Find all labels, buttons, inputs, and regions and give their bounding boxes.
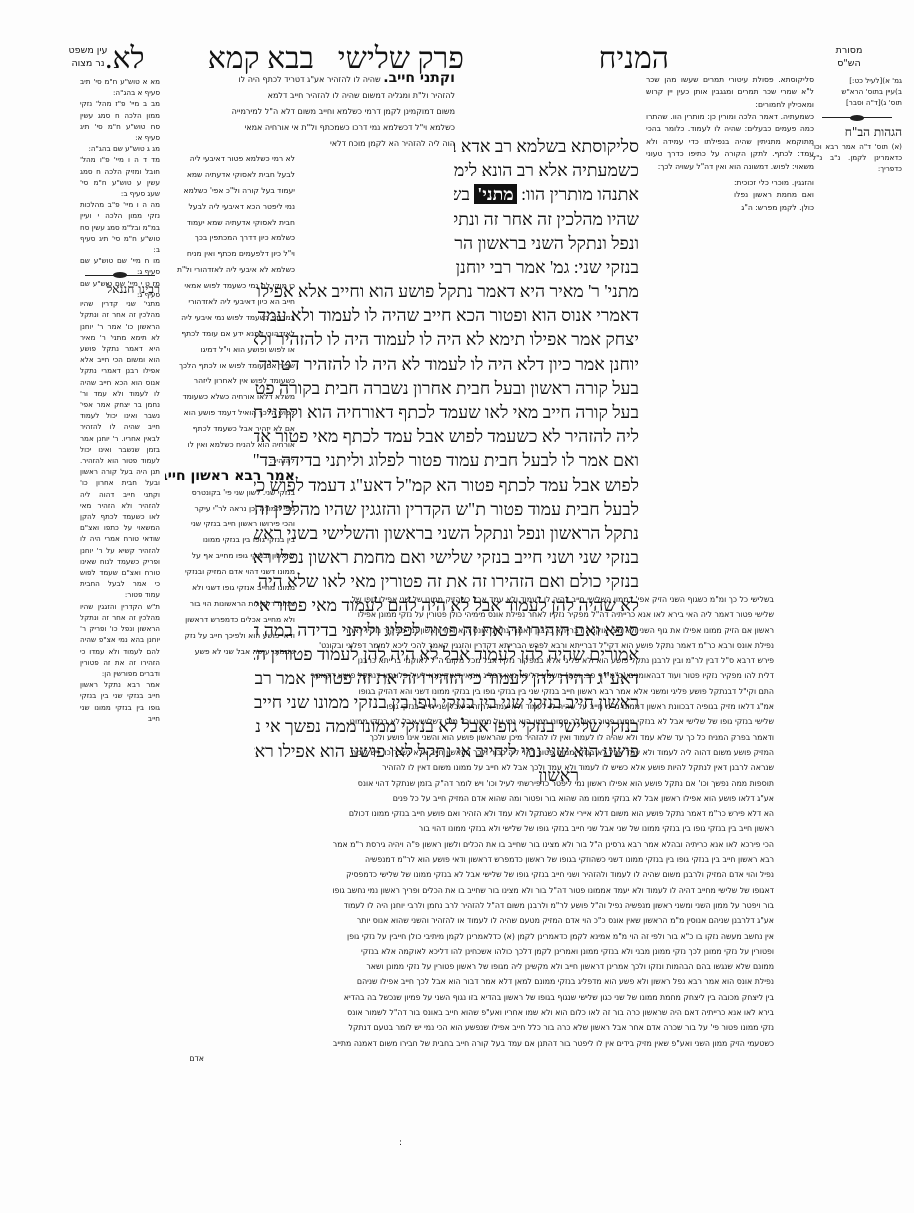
tosafot-line: ראשון חייב בין בנזקי גופו בין בנזקי ממונ… — [169, 821, 774, 836]
gemara-line: בעל קורה ראשון ובעל חבית אחרון נשברה חבי… — [254, 376, 639, 400]
rabbeinu-chananel-block: רבינו חננאל מתני' שני קדרין שהיו מהלכין … — [80, 272, 160, 724]
tosafot-line: בירא לאו אנא כרייתיה דאם היה שראשון כרה … — [169, 1005, 774, 1020]
gemara-text-narrow: סליקוסתא בשלמא רב אדא בר אהבה כשמעתיה אל… — [454, 134, 639, 279]
chapter-name: המניח — [599, 42, 669, 76]
ein-mishpat-entry: מה ה ו מיי' פ"ב מהלכות נזקי ממון הלכה י … — [80, 199, 160, 255]
masoret-note: תוס' ג)[ד"ה וסבר] — [812, 97, 902, 108]
tosafot-line: שלישי פטור דאמר ליה האי בירא לאו אנא כרי… — [169, 607, 774, 622]
masoret-note: ב)עיין בתוס' הרא"ש — [812, 86, 902, 97]
tosafot-line: נפילת אונס ורבא כר"מ דאמר נתקל פושע הוא … — [169, 638, 774, 653]
rashi-commentary: סליקוסתא. פסולת עיטורי תמרים שעשו מהן שכ… — [646, 74, 814, 111]
ein-mishpat-label: עין משפט נר מצוה — [48, 44, 128, 70]
tosafot-line: כשלמא וי"ל דכשלמא נמי דרכו כשמכתף ול"ת א… — [165, 120, 455, 136]
tosafot-line: נפילת אונס הוא אמר רבא נפל ראשון ולא פשע… — [169, 974, 774, 989]
tosafot-line: משום דמוקמינן לקמן דרמי כשלמא וחייב משום… — [165, 104, 455, 120]
gemara-line: שהיו מהלכין זה אחר זה ונתקל הראשון — [454, 207, 639, 231]
gemara-line: ואם אמר לו לבעל חבית עמוד פטור לפלוג ולי… — [254, 448, 639, 472]
ein-mishpat-entry: מא א טוש"ע ח"מ סי' תיב סעיף א בהג"ה: — [80, 76, 160, 98]
gemara-line: דאמרי אנוס הוא ופטור הכא חייב שהיה לו לע… — [254, 303, 639, 327]
chananel-paragraph: מתני' שני קדרין שהיו מהלכין זה אחר זה ונ… — [80, 298, 160, 600]
ein-mishpat-block: מא א טוש"ע ח"מ סי' תיב סעיף א בהג"ה: מב … — [80, 76, 160, 300]
gemara-line: כשמעתיה אלא רב הונא לימא הדר ביה — [454, 158, 639, 182]
tosafot-line: דלית להו מפקיר נזקיו פטור ועוד דבהאומנים… — [169, 668, 774, 683]
tosafot-line: בשלישי כל כך ומ"מ כשגוף השני הזיק אפי' ב… — [169, 592, 774, 607]
gemara-line: בנזקי כולם ואם הזהירו זה את זה פטורין מא… — [254, 569, 639, 593]
masoret-note: גמ' א)[לעיל כט:] — [812, 75, 902, 86]
tosafot-line: ופטורין על נזקי ממונן לכך נזקי ממונן מבנ… — [169, 944, 774, 959]
masoret-label-line-2: הש"ס — [814, 57, 884, 70]
ein-mishpat-label-line-1: עין משפט — [48, 44, 128, 57]
rabbeinu-chananel-title: רבינו חננאל — [80, 284, 160, 295]
chananel-paragraph: ת"ש הקדרין והזגגין שהיו מהלכין זה אחר זה… — [80, 601, 160, 679]
tosafot-dibbur-hamatchil: וקתני חייב. — [383, 70, 455, 86]
tosafot-line-text: שהיה לו להזהיר אע"ג דטריד לכתף היה לו — [239, 75, 381, 84]
tosafot-line: המזיק פושע משום דהוה ליה לעמוד ולא עמד א… — [169, 745, 774, 760]
ein-mishpat-entry: מב ב מיי' פ"ז מהל' נזקי ממון הלכה ח סמג … — [80, 98, 160, 143]
gemara-line: יצחק אמר אפילו תימא לא היה לו לעמוד היה … — [254, 327, 639, 351]
tosafot-line: הכי פירכא לאו אנא כריתיה ובהלא אמר רבא ג… — [169, 837, 774, 852]
gemara-line: בנזקי שני: גמ' אמר רבי יוחנן לא תימא — [454, 255, 639, 279]
tosafot-line: כשלמא כיון דדרך המכתפין בכך — [165, 230, 295, 246]
gemara-line: מתני' ר' מאיר היא דאמר נתקל פושע הוא וחי… — [254, 279, 639, 303]
tosafot-upper: וקתני חייב. שהיה לו להזהיר אע"ג דטריד לכ… — [165, 70, 455, 152]
tosafot-line: נפיל והוי אדם המזיק ולרבנן משום שהיה לו … — [169, 867, 774, 882]
tosafot-line: התם וקי"ל דבנתקל פושע פליגי ומשני אלא אמ… — [169, 684, 774, 699]
tosafot-line: אע"ג דלאו פושע הוא אפילו ראשון אבל לא בנ… — [169, 791, 774, 806]
gemara-line-text: בשני קדרין — [454, 184, 474, 204]
tosafot-line: שלישי בנזקי גופו של שלישי אבל לא בנזקי מ… — [169, 714, 774, 729]
rashi-paragraph: סליקוסתא. פסולת עיטורי תמרים שעשו מהן שכ… — [646, 74, 814, 111]
rashi-commentary-tail: והזגגין. מוכרי כלי זכוכית: ואם מחמת ראשו… — [734, 177, 814, 214]
mishnah-marker: מתני' — [474, 184, 516, 204]
gemara-line: סליקוסתא בשלמא רב אדא בר אהבה — [454, 134, 639, 158]
tosafot-line: ממונם שלא שנגשו בהם הבהמות ונזקו ולכך אמ… — [169, 959, 774, 974]
tosafot-lower: בשלישי כל כך ומ"מ כשגוף השני הזיק אפי' ב… — [169, 592, 774, 1066]
tosafot-line: שנראה לרבנן דאין לנתקל להיות פושע אלא כש… — [169, 760, 774, 775]
tosafot-line: כשטעמי הזיק ממון השני ואע"פ שאין מזיק בי… — [169, 1036, 774, 1051]
gemara-line-text: אתנהו מותרין הוו: — [517, 184, 639, 204]
tosafot-line: וי"ל כיון דלפעמים מכתף ואין מניח — [165, 246, 295, 262]
page-end-mark: : — [399, 1138, 402, 1148]
tosafot-line: וקתני חייב. שהיה לו להזהיר אע"ג דטריד לכ… — [165, 70, 455, 88]
tosafot-line: פירש דרבא ס"ל דבין לר"מ ובין לרבנן נתקל … — [169, 653, 774, 668]
tosafot-line: נמי ליפטר הכא דאיבעי ליה לבעל — [165, 199, 295, 215]
tosafot-line: אדם — [169, 1051, 774, 1066]
gemara-line: בנזקי שני ושני חייב בנזקי שלישי ואם מחמת… — [254, 545, 639, 569]
masoret-hashas-label: מסורת הש"ס — [814, 44, 884, 70]
rashi-paragraph: והזגגין. מוכרי כלי זכוכית: ואם מחמת ראשו… — [734, 177, 814, 214]
gemara-line: נתקל הראשון ונפל ונתקל השני בראשון והשלי… — [254, 521, 639, 545]
tosafot-line: רבא ראשון חייב בין בנזקי גופו בין בנזקי … — [169, 852, 774, 867]
gemara-line: בעל קורה חייב מאי לאו שעמד לכתף דאורחיה … — [254, 400, 639, 424]
gemara-line: אתנהו מותרין הוו: מתני' בשני קדרין — [454, 182, 639, 206]
gemara-line: ונפל ונתקל השני בראשון הראשון חייב — [454, 231, 639, 255]
rashi-commentary-cont: כשמעתיה. דאמר הלכה ומורין כן: מותרין הוו… — [646, 111, 814, 173]
tosafot-line: להזהיר ול"ת ומגליה דמשום שהיה לו להזהיר … — [165, 88, 455, 104]
tosafot-line: יעמוד בעל קורה ול"כ אפי' כשלמא — [165, 183, 295, 199]
ein-mishpat-label-line-2: נר מצוה — [48, 57, 128, 70]
gemara-line: לפוש אבל עמד לכתף פטור הא קמ"ל דאע"ג דעמ… — [254, 473, 639, 497]
chananel-paragraph: אמר רבא נתקל ראשון חייב בנזקי שני בין בנ… — [80, 679, 160, 724]
gemara-line: יוחנן אמר כיון דלא היה לו לעמוד לא היה ל… — [254, 352, 639, 376]
masoret-hashas-notes: גמ' א)[לעיל כט:] ב)עיין בתוס' הרא"ש תוס'… — [812, 75, 902, 174]
tosafot-line: דאגופו של שלישי מחייב דהיה לו לעמוד ולא … — [169, 883, 774, 898]
tosafot-line: בור ויפטר על ממון השני ומשני ראשון מנפשי… — [169, 898, 774, 913]
tosafot-line: אמ"ג דלאו מזיק בגופיה דבכוונת ראשון דממו… — [169, 699, 774, 714]
gemara-line: ליה להזהיר לא כשעמד לפוש אבל עמד לכתף מא… — [254, 424, 639, 448]
tosafot-line: תוספות ממה נפשך וכו' אם נתקל פושע הוא אפ… — [169, 776, 774, 791]
tosafot-line: בין ליצחק מכובה בין ליצחק מחמת ממונו של … — [169, 990, 774, 1005]
tosafot-line: ודאמר בפרק המניח כל כך עד שלא עמד ולא שה… — [169, 730, 774, 745]
gemara-line: לבעל חבית עמוד פטור ת"ש הקדרין והזגגין ש… — [254, 497, 639, 521]
tosafot-line: הא דלא פירש כר"מ דאמר נתקל פושע הוא משום… — [169, 806, 774, 821]
tosafot-line: אין נחשב מעשה נזקו בו כ"א בור ולפי זה הו… — [169, 929, 774, 944]
tosafot-line: נזקי ממונו פטור פי' על בור שכרה אדם אחר … — [169, 1020, 774, 1035]
haggahot-text: (א) תוס' ד"ה אמר רבא וכו' כדאמרינן לקמן.… — [812, 141, 902, 175]
tosafot-line: לא רמי כשלמא פטור דאיבעי ליה — [165, 151, 295, 167]
tosafot-line: לבעל חבית לאסוקי אדעתיה שמא — [165, 167, 295, 183]
masoret-label-line-1: מסורת — [814, 44, 884, 57]
ornament-divider — [85, 272, 155, 278]
tosafot-line: חבית לאסוקי אדעתיה שמא יעמוד — [165, 215, 295, 231]
ornament-divider — [822, 115, 892, 121]
tosafot-line: כשלמא לא איבעי ליה לאזדהורי ול"ת — [165, 262, 295, 278]
ein-mishpat-entry: מד ד ה ו מיי' פ"ו מהל' חובל ומזיק הלכה ח… — [80, 154, 160, 199]
tosafot-line: ראשון אם הזיק ממונו אפילו את גוף השני ול… — [169, 623, 774, 638]
tosafot-line: אע"ג דלרבנן שניהם אנוסין מ"מ הראשון שאין… — [169, 913, 774, 928]
haggahot-title: הגהות הב"ח — [812, 127, 902, 138]
rashi-paragraph: כשמעתיה. דאמר הלכה ומורין כן: מותרין הוו… — [646, 111, 814, 173]
ein-mishpat-entry: מג ג טוש"ע שם בהג"ה: — [80, 143, 160, 154]
